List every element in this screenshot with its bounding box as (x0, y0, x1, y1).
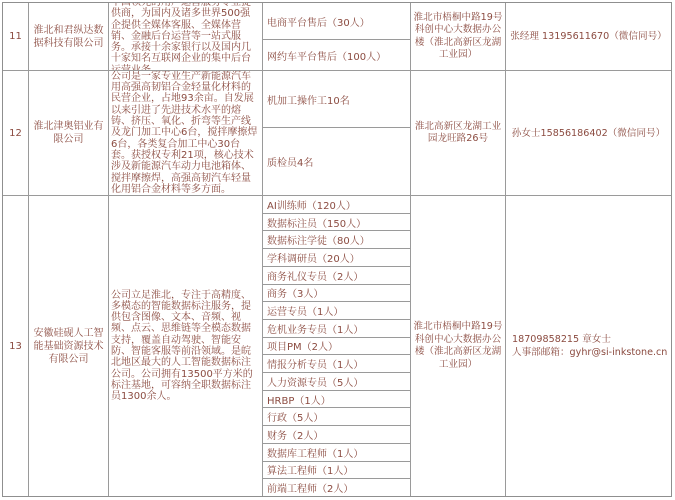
job-cell: 数据库工程师（1人） (263, 444, 410, 462)
job-cell: 网约车平台售后（100人） (263, 40, 410, 70)
job-cell: 项目PM（2人） (263, 338, 410, 356)
job-positions-cell: AI训练师（120人） 数据标注员（150人） 数据标注学徒（80人） 学科调研… (263, 196, 411, 496)
address-cell: 淮北市梧桐中路19号科创中心大数据办公楼（淮北高新区龙湖工业园） (411, 196, 506, 496)
job-cell: 数据标注学徒（80人） (263, 231, 410, 249)
company-name: 淮北和君纵达数据科技有限公司 (29, 24, 108, 50)
company-description: 公司立足淮北，专注于高精度、多模态的智能数据标注服务，提供包含图像、文本、音频、… (111, 290, 260, 403)
company-name: 安徽硅砚人工智能基础资源技术有限公司 (29, 327, 108, 366)
contact: 张经理 13195611670（微信同号） (510, 30, 667, 43)
row-number-cell: 12 (3, 71, 29, 195)
contact: 孙女士15856186402（微信同号） (512, 127, 666, 140)
job-cell: 前端工程师（2人） (263, 479, 410, 496)
row-number: 13 (9, 341, 22, 352)
row-number: 12 (9, 128, 22, 139)
job-cell: 算法工程师（1人） (263, 462, 410, 480)
company-description-cell: 公司立足淮北，专注于高精度、多模态的智能数据标注服务，提供包含图像、文本、音频、… (109, 196, 263, 496)
address-cell: 淮北高新区龙湖工业园龙旺路26号 (411, 71, 506, 195)
job-cell: 质检员4名 (263, 128, 410, 195)
address: 淮北市梧桐中路19号科创中心大数据办公楼（淮北高新区龙湖工业园） (413, 12, 503, 62)
job-cell: 人力资源专员（5人） (263, 373, 410, 391)
row-number: 11 (9, 31, 22, 42)
contact: 18709858215 章女士 人事部邮箱：gyhr@si-inkstone.c… (512, 333, 667, 359)
table-row-13: 13 安徽硅砚人工智能基础资源技术有限公司 公司立足淮北，专注于高精度、多模态的… (3, 196, 671, 496)
contact-cell: 18709858215 章女士 人事部邮箱：gyhr@si-inkstone.c… (506, 196, 671, 496)
job-cell: 电商平台售后（30人） (263, 3, 410, 40)
table-row-12: 12 淮北津奥铝业有限公司 公司是一家专业生产新能源汽车用高强高韧铝合金轻量化材… (3, 71, 671, 196)
job-cell: 学科调研员（20人） (263, 249, 410, 267)
recruitment-table: 11 淮北和君纵达数据科技有限公司 中国领先的用户运营服务专业提供商，为国内及诸… (2, 2, 672, 497)
row-number-cell: 11 (3, 3, 29, 70)
job-cell: 机加工操作工10名 (263, 71, 410, 128)
company-description: 公司是一家专业生产新能源汽车用高强高韧铝合金轻量化材料的民营企业，占地93余亩。… (111, 71, 260, 195)
company-description: 中国领先的用户运营服务专业提供商，为国内及诸多世界500强企提供全媒体客服、全媒… (111, 3, 260, 70)
contact-cell: 张经理 13195611670（微信同号） (506, 3, 671, 70)
job-cell: AI训练师（120人） (263, 196, 410, 214)
company-description-cell: 中国领先的用户运营服务专业提供商，为国内及诸多世界500强企提供全媒体客服、全媒… (109, 3, 263, 70)
contact-cell: 孙女士15856186402（微信同号） (506, 71, 671, 195)
job-cell: 数据标注员（150人） (263, 214, 410, 232)
address: 淮北市梧桐中路19号科创中心大数据办公楼（淮北高新区龙湖工业园） (413, 321, 503, 371)
address-cell: 淮北市梧桐中路19号科创中心大数据办公楼（淮北高新区龙湖工业园） (411, 3, 506, 70)
job-cell: 商务（3人） (263, 285, 410, 303)
company-name-cell: 安徽硅砚人工智能基础资源技术有限公司 (29, 196, 109, 496)
job-cell: 危机业务专员（1人） (263, 320, 410, 338)
company-description-cell: 公司是一家专业生产新能源汽车用高强高韧铝合金轻量化材料的民营企业，占地93余亩。… (109, 71, 263, 195)
table-row-11: 11 淮北和君纵达数据科技有限公司 中国领先的用户运营服务专业提供商，为国内及诸… (3, 3, 671, 71)
address: 淮北高新区龙湖工业园龙旺路26号 (413, 121, 503, 146)
job-cell: 情报分析专员（1人） (263, 355, 410, 373)
job-positions-cell: 电商平台售后（30人） 网约车平台售后（100人） (263, 3, 411, 70)
row-number-cell: 13 (3, 196, 29, 496)
job-positions-cell: 机加工操作工10名 质检员4名 (263, 71, 411, 195)
company-name-cell: 淮北和君纵达数据科技有限公司 (29, 3, 109, 70)
job-cell: 行政（5人） (263, 408, 410, 426)
job-cell: 商务礼仪专员（2人） (263, 267, 410, 285)
job-cell: 运营专员（1人） (263, 302, 410, 320)
recruitment-table-page: 11 淮北和君纵达数据科技有限公司 中国领先的用户运营服务专业提供商，为国内及诸… (0, 0, 675, 500)
job-cell: 财务（2人） (263, 426, 410, 444)
job-cell: HRBP（1人） (263, 391, 410, 409)
company-name-cell: 淮北津奥铝业有限公司 (29, 71, 109, 195)
company-name: 淮北津奥铝业有限公司 (29, 120, 108, 146)
